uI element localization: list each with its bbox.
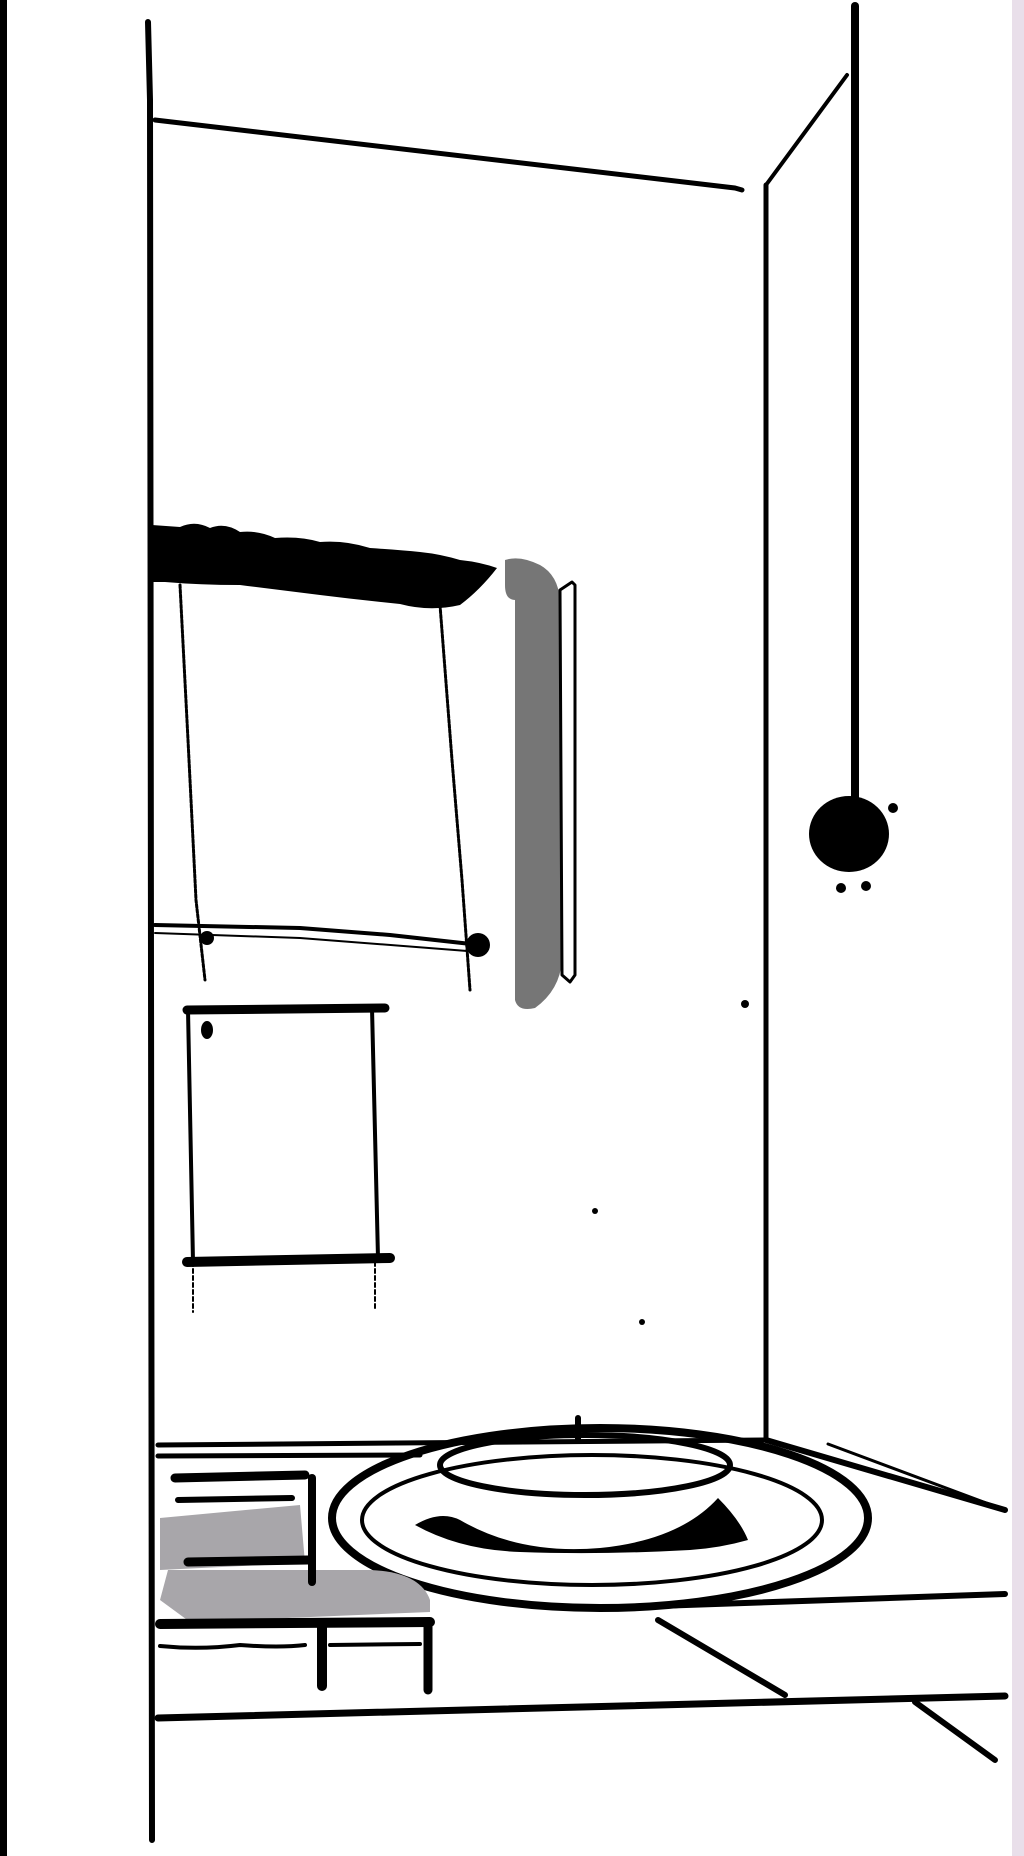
- stool-crossbar: [330, 1644, 420, 1645]
- counter-leg-diagonal: [658, 1620, 785, 1695]
- bathroom-sketch: [0, 0, 1024, 1856]
- stool-seat-back-edge: [188, 1560, 308, 1562]
- stool: [160, 1475, 430, 1690]
- counter-right-diagonal-2: [828, 1444, 1005, 1510]
- left-border-strip: [0, 0, 7, 1856]
- ink-splatter: [888, 803, 898, 813]
- ceiling-line: [155, 120, 742, 190]
- blind-roll: [152, 524, 497, 609]
- basin-bowl-shadow: [415, 1498, 748, 1553]
- ink-splatter: [639, 1319, 645, 1325]
- stool-backrest-mid: [178, 1498, 292, 1500]
- roller-blind: [152, 524, 497, 990]
- left-wall-edge: [148, 22, 152, 1840]
- towel-rack: [187, 1008, 390, 1312]
- ink-splatter: [741, 1000, 749, 1008]
- blind-cord-right: [440, 605, 470, 990]
- towel-rack-bottom-bar: [187, 1258, 390, 1262]
- stool-lower-rail: [160, 1645, 305, 1648]
- rod-end-knob: [466, 933, 490, 957]
- counter-back-edge: [158, 1455, 420, 1456]
- ink-splatter: [836, 883, 846, 893]
- rod-knob-left: [200, 931, 214, 945]
- glass-panel: [505, 558, 575, 1009]
- glass-panel-edge: [560, 582, 575, 982]
- basin-top-rim: [440, 1435, 730, 1495]
- stool-seat-fill: [160, 1570, 430, 1622]
- stool-seat-front-edge: [160, 1622, 430, 1624]
- ink-splatter: [861, 881, 871, 891]
- towel-rack-top-bar: [187, 1008, 385, 1010]
- right-edge-tint: [1012, 0, 1024, 1856]
- shower: [592, 6, 898, 1325]
- towel-hook: [201, 1021, 213, 1039]
- stool-backrest-top: [175, 1475, 305, 1478]
- counter-right-diagonal: [766, 1440, 1005, 1510]
- towel-rack-left-side: [188, 1010, 193, 1262]
- counter-leg-diagonal-2: [915, 1702, 995, 1760]
- counter-base-edge: [158, 1696, 1005, 1718]
- blind-cord-left: [180, 585, 205, 980]
- towel-rack-right-side: [372, 1008, 378, 1258]
- corner-ceiling-diagonal: [766, 75, 847, 185]
- ink-splatter: [592, 1208, 598, 1214]
- shower-head: [809, 796, 889, 872]
- glass-panel-shadow: [505, 558, 562, 1009]
